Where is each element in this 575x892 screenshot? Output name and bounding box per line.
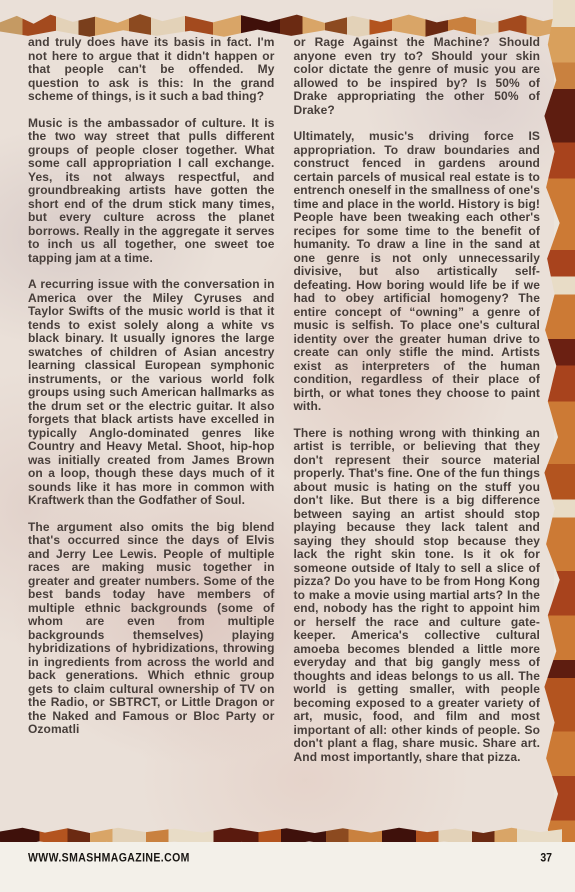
article-column-right: or Rage Against the Machine? Should anyo… [294, 36, 541, 777]
footer-website-url: WWW.SMASHMAGAZINE.COM [28, 851, 190, 865]
article-body: and truly does have its basis in fact. I… [28, 36, 540, 777]
page-bottom-margin [0, 842, 575, 892]
article-paragraph: Ultimately, music's driving force IS app… [294, 130, 541, 414]
article-paragraph: The argument also omits the big blend th… [28, 521, 275, 737]
article-column-left: and truly does have its basis in fact. I… [28, 36, 275, 777]
article-paragraph: or Rage Against the Machine? Should anyo… [294, 36, 541, 117]
article-paragraph: Music is the ambassador of culture. It i… [28, 117, 275, 266]
article-paragraph: There is nothing wrong with thinking an … [294, 427, 541, 765]
page-number: 37 [540, 851, 552, 865]
article-paragraph: A recurring issue with the conversation … [28, 278, 275, 508]
article-paragraph: and truly does have its basis in fact. I… [28, 36, 275, 104]
